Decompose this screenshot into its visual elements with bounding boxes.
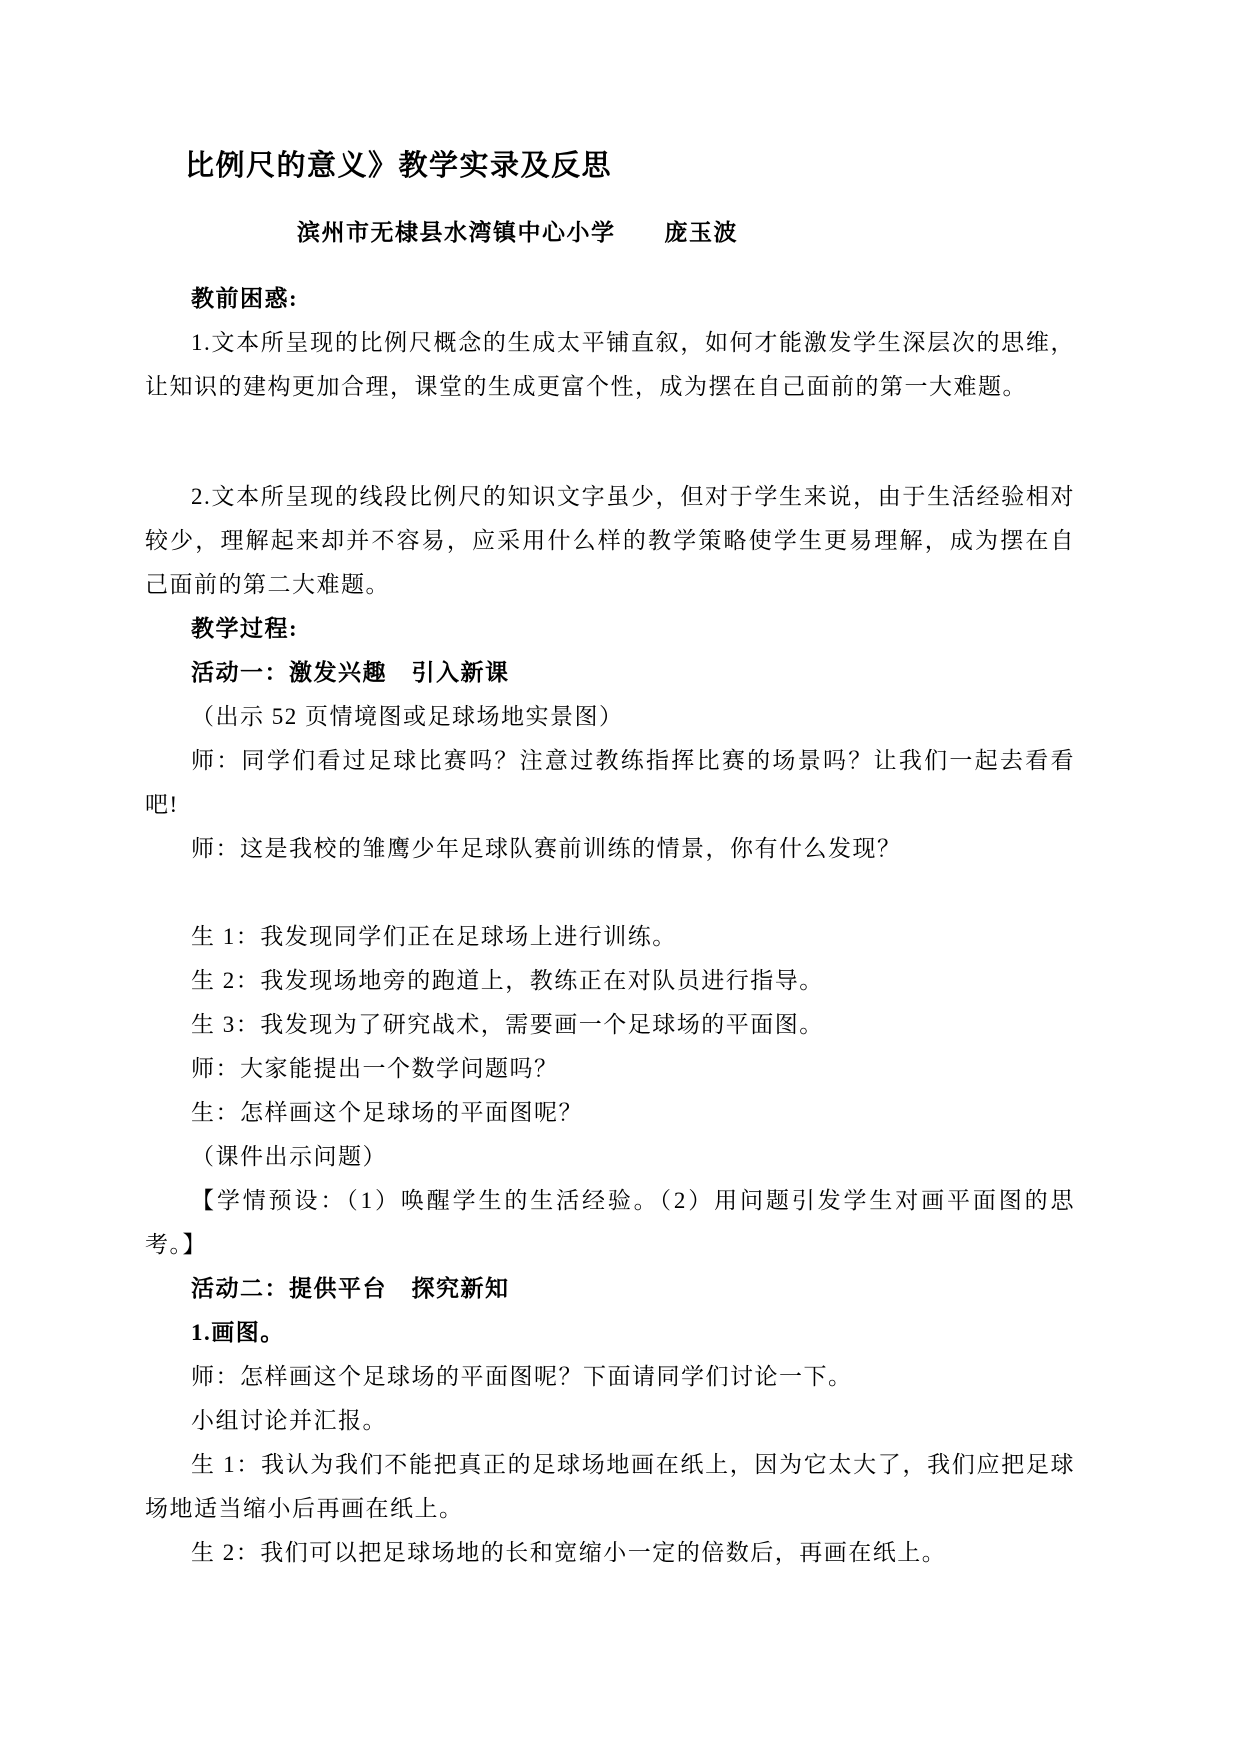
- paragraph-student-answer-2: 生 2：我们可以把足球场地的长和宽缩小一定的倍数后，再画在纸上。: [145, 1531, 1075, 1575]
- paragraph-teacher-line-2: 师：这是我校的雏鹰少年足球队赛前训练的情景，你有什么发现？: [145, 827, 1075, 871]
- section-heading-activity-1: 活动一：激发兴趣 引入新课: [145, 651, 1075, 695]
- author-line: 滨州市无棣县水湾镇中心小学 庞玉波: [297, 211, 1075, 255]
- paragraph-confusion-1: 1.文本所呈现的比例尺概念的生成太平铺直叙，如何才能激发学生深层次的思维，让知识…: [145, 321, 1075, 409]
- document-page: 比例尺的意义》教学实录及反思 滨州市无棣县水湾镇中心小学 庞玉波 教前困惑: 1…: [0, 0, 1241, 1754]
- paragraph-confusion-2: 2.文本所呈现的线段比例尺的知识文字虽少，但对于学生来说，由于生活经验相对较少，…: [145, 475, 1075, 607]
- paragraph-student-answer-1: 生 1：我认为我们不能把真正的足球场地画在纸上，因为它太大了，我们应把足球场地适…: [145, 1443, 1075, 1531]
- paragraph-student-1: 生 1：我发现同学们正在足球场上进行训练。: [145, 915, 1075, 959]
- paragraph-group-report: 小组讨论并汇报。: [145, 1399, 1075, 1443]
- paragraph-teacher-line-1: 师：同学们看过足球比赛吗？注意过教练指挥比赛的场景吗？让我们一起去看看吧!: [145, 739, 1075, 827]
- section-heading-activity-2: 活动二：提供平台 探究新知: [145, 1267, 1075, 1311]
- section-heading-draw-picture: 1.画图。: [145, 1311, 1075, 1355]
- section-heading-pre-lesson-confusion: 教前困惑:: [145, 277, 1075, 321]
- paragraph-student-question: 生：怎样画这个足球场的平面图呢？: [145, 1091, 1075, 1135]
- section-heading-teaching-process: 教学过程:: [145, 607, 1075, 651]
- paragraph-courseware-note-1: （出示 52 页情境图或足球场地实景图）: [145, 695, 1075, 739]
- page-title: 比例尺的意义》教学实录及反思: [185, 146, 1075, 187]
- paragraph-student-2: 生 2：我发现场地旁的跑道上，教练正在对队员进行指导。: [145, 959, 1075, 1003]
- document-body: 教前困惑: 1.文本所呈现的比例尺概念的生成太平铺直叙，如何才能激发学生深层次的…: [145, 277, 1075, 1575]
- paragraph-courseware-note-2: （课件出示问题）: [145, 1135, 1075, 1179]
- spacer: [145, 871, 1075, 915]
- paragraph-teacher-discuss: 师：怎样画这个足球场的平面图呢？下面请同学们讨论一下。: [145, 1355, 1075, 1399]
- paragraph-teacher-question: 师：大家能提出一个数学问题吗？: [145, 1047, 1075, 1091]
- paragraph-student-3: 生 3：我发现为了研究战术，需要画一个足球场的平面图。: [145, 1003, 1075, 1047]
- paragraph-learning-preset: 【学情预设：（1）唤醒学生的生活经验。（2）用问题引发学生对画平面图的思考。】: [145, 1179, 1075, 1267]
- spacer: [145, 409, 1075, 475]
